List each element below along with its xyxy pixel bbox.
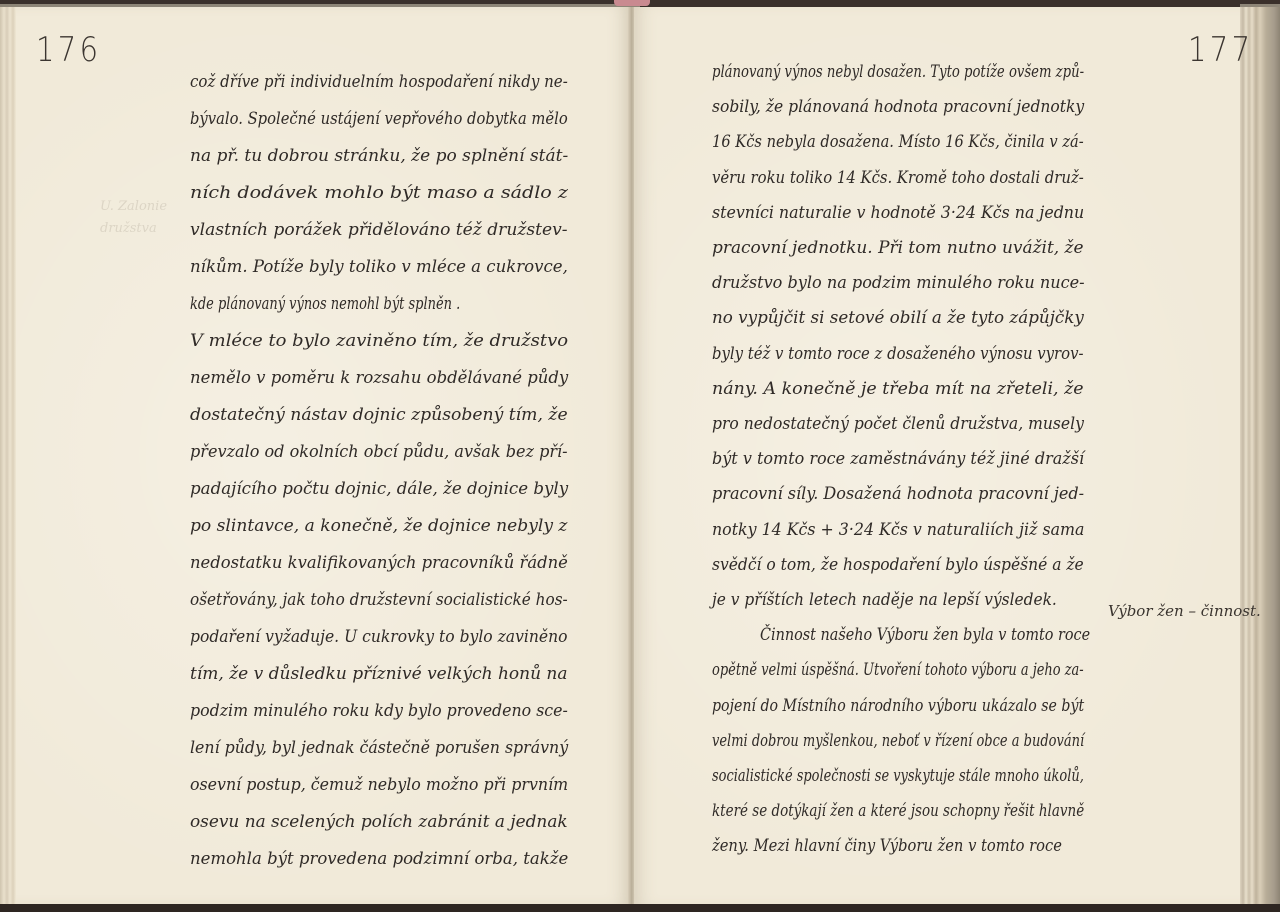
bookmark-ribbon [614,0,650,6]
handwritten-line: padajícího počtu dojnic, dále, že dojnic… [190,469,568,509]
handwritten-line: stevníci naturalie v hodnotě 3·24 Kčs na… [712,193,1084,233]
handwritten-line: byly též v tomto roce z dosaženého výnos… [712,334,1083,374]
handwritten-line: je v příštích letech naděje na lepší výs… [712,580,1057,620]
table-surface [0,904,1280,912]
handwritten-line: socialistické společnosti se vyskytuje s… [712,756,1084,796]
handwritten-line: pro nedostatečný počet členů družstva, m… [712,404,1084,444]
handwritten-line: níkům. Potíže byly toliko v mléce a cukr… [190,247,568,287]
handwritten-line: vlastních porážek přidělováno též družst… [190,210,568,250]
handwritten-line: nedostatku kvalifikovaných pracovníků řá… [190,543,568,583]
handwritten-line: což dříve při individuelním hospodaření … [190,62,568,102]
handwritten-line: nemohla být provedena podzimní orba, tak… [190,839,568,879]
handwritten-line: věru roku toliko 14 Kčs. Kromě toho dost… [712,158,1084,198]
handwritten-line: ošetřovány, jak toho družstevní socialis… [190,580,568,620]
handwritten-line: ženy. Mezi hlavní činy Výboru žen v tomt… [712,826,1062,866]
handwritten-line: osevní postup, čemuž nebylo možno při pr… [190,765,568,805]
handwritten-line: po slintavce, a konečně, že dojnice neby… [190,506,567,546]
handwritten-line: plánovaný výnos nebyl dosažen. Tyto potí… [712,52,1084,92]
handwritten-line: opětně velmi úspěšná. Utvoření tohoto vý… [712,650,1084,690]
page-number-right: 177 [1188,30,1253,70]
handwritten-line: nemělo v poměru k rozsahu obdělávané půd… [190,358,568,398]
handwritten-line: V mléce to bylo zaviněno tím, že družstv… [190,321,568,361]
handwritten-line: Činnost našeho Výboru žen byla v tomto r… [760,615,1090,655]
handwritten-line: dostatečný nástav dojnic způsobený tím, … [190,395,568,435]
page-number-left: 176 [36,30,101,70]
faint-margin-note: U. Zalonie družstva [100,196,167,240]
handwritten-line: velmi dobrou myšlenkou, neboť v řízení o… [712,721,1084,761]
faint-note-line: U. Zalonie [100,196,167,218]
margin-note-womens-committee: Výbor žen – činnost. [1108,602,1261,620]
handwritten-line: osevu na scelených polích zabránit a jed… [190,802,568,842]
handwritten-line: podaření vyžaduje. U cukrovky to bylo za… [190,617,567,657]
handwritten-line: na př. tu dobrou stránku, že po splnění … [190,136,568,176]
handwritten-line: notky 14 Kčs + 3·24 Kčs v naturaliích ji… [712,510,1084,550]
handwritten-line: nány. A konečně je třeba mít na zřeteli,… [712,369,1084,409]
handwritten-line: ních dodávek mohlo být maso a sádlo z [190,173,568,213]
right-page-edges [1240,4,1280,907]
faint-note-line: družstva [100,218,167,240]
handwritten-line: pracovní síly. Dosažená hodnota pracovní… [712,474,1084,514]
handwritten-line: pojení do Místního národního výboru ukáz… [712,686,1084,726]
handwritten-line: bývalo. Společné ustájení vepřového doby… [190,99,568,139]
handwritten-line: být v tomto roce zaměstnávány též jiné d… [712,439,1084,479]
handwritten-line: které se dotýkají žen a které jsou schop… [712,791,1084,831]
handwritten-line: svědčí o tom, že hospodaření bylo úspěšn… [712,545,1084,585]
handwritten-line: sobily, že plánovaná hodnota pracovní je… [712,87,1084,127]
handwritten-line: podzim minulého roku kdy bylo provedeno … [190,691,568,731]
handwritten-line: tím, že v důsledku příznivé velkých honů… [190,654,568,694]
handwritten-line: družstvo bylo na podzim minulého roku nu… [712,263,1085,303]
handwritten-line: no vypůjčit si setové obilí a že tyto zá… [712,298,1084,338]
handwritten-line: pracovní jednotku. Při tom nutno uvážit,… [712,228,1084,268]
handwritten-line: kde plánovaný výnos nemohl být splněn . [190,284,460,324]
handwritten-line: převzalo od okolních obcí půdu, avšak be… [190,432,568,472]
open-book: 176 177 U. Zalonie družstva což dříve př… [0,0,1280,906]
handwritten-line: lení půdy, byl jednak částečně porušen s… [190,728,568,768]
handwritten-line: 16 Kčs nebyla dosažena. Místo 16 Kčs, či… [712,122,1084,162]
